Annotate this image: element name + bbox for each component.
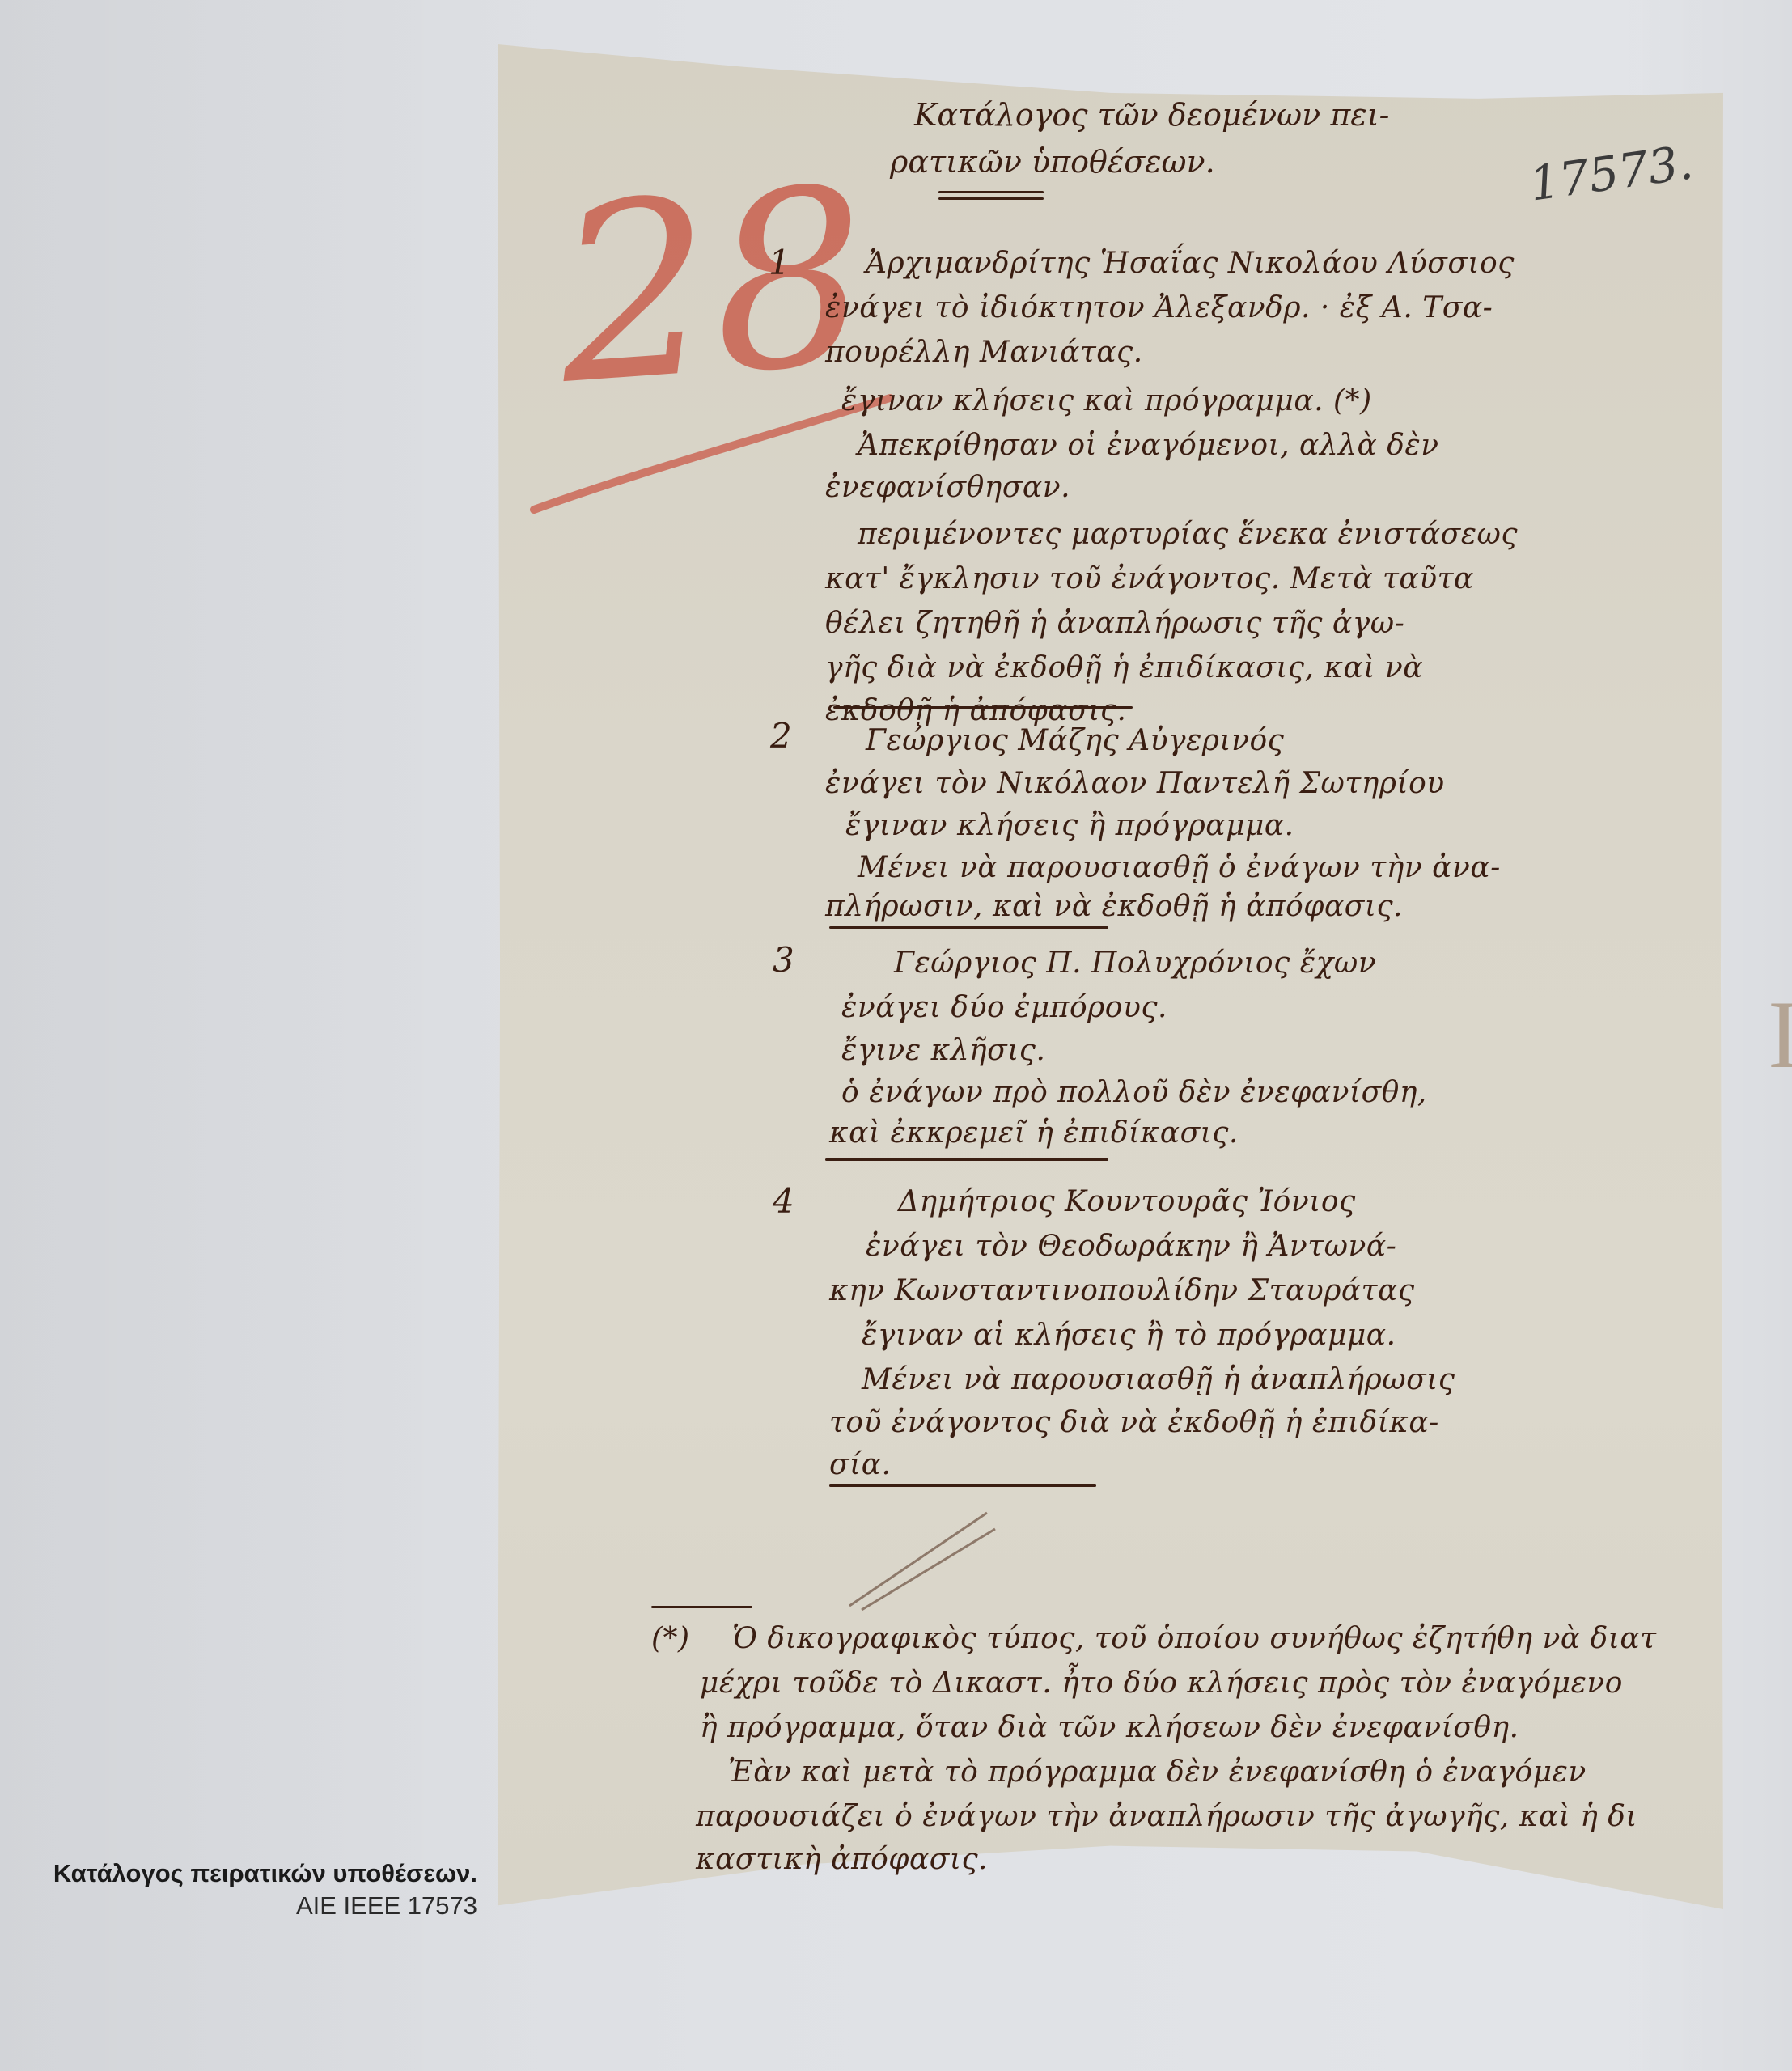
entry-line: ἐνεφανίσθησαν. [825,471,1070,504]
footnote-marker: (*) [651,1622,690,1655]
entry-line: Ἀρχιμανδρίτης Ἡσαΐας Νικολάου Λύσσιος [866,247,1515,280]
entry-line: περιμένοντες μαρτυρίας ἕνεκα ἐνιστάσεως [858,518,1518,551]
caption-title: Κατάλογος πειρατικών υποθέσεων. [53,1859,477,1888]
closing-flourish [841,1497,1052,1618]
footnote-line: Ἐὰν καὶ μετὰ τὸ πρόγραμμα δὲν ἐνεφανίσθη… [728,1755,1587,1789]
entry-line: ἔγιναν κλήσεις ἢ πρόγραμμα. [845,809,1294,842]
entry-number: 3 [773,940,794,980]
entry-divider [829,926,1108,929]
entry-line: ἔγινε κλῆσις. [841,1034,1045,1067]
entry-divider [829,1484,1096,1487]
caption-reference: AIE IEEE 17573 [296,1891,477,1921]
footnote-line: Ὁ δικογραφικὸς τύπος, τοῦ ὁποίου συνήθως… [732,1622,1657,1655]
entry-divider [825,1158,1108,1161]
entry-line: ὁ ἐνάγων πρὸ πολλοῦ δὲν ἐνεφανίσθη, [841,1076,1427,1109]
entry-line: Ἀπεκρίθησαν οἱ ἐναγόμενοι, αλλὰ δὲν [858,429,1439,462]
entry-number: 2 [770,716,792,756]
entry-line: κην Κωνσταντινοπουλίδην Σταυράτας [829,1274,1415,1307]
entry-number: 1 [769,243,790,282]
manuscript-heading-line-2: ρατικῶν ὑποθέσεων. [890,144,1215,180]
footnote-line: παρουσιάζει ὁ ἐνάγων τὴν ἀναπλήρωσιν τῆς… [696,1800,1637,1833]
manuscript-heading-line-1: Κατάλογος τῶν δεομένων πει- [914,97,1389,133]
entry-line: ἐνάγει τὸν Νικόλαον Παντελῆ Σωτηρίου [825,767,1445,800]
entry-line: Μένει νὰ παρουσιασθῇ ἡ ἀναπλήρωσις [862,1363,1455,1396]
entry-line: καὶ ἐκκρεμεῖ ἡ ἐπιδίκασις. [829,1116,1239,1150]
footnote-separator [651,1606,752,1608]
entry-line: ἐνάγει τὸ ἰδιόκτητον Ἀλεξανδρ. · ἐξ Α. Τ… [825,291,1493,324]
entry-number: 4 [773,1181,794,1221]
entry-line: πουρέλλη Μανιάτας. [825,336,1143,369]
entry-line: πλήρωσιν, καὶ νὰ ἐκδοθῇ ἡ ἀπόφασις. [825,890,1403,923]
entry-line: ἔγιναν αἱ κλήσεις ἢ τὸ πρόγραμμα. [862,1319,1396,1352]
entry-line: ἔγιναν κλήσεις καὶ πρόγραμμα. (*) [841,384,1372,417]
footnote-line: καστικὴ ἀπόφασις. [696,1843,988,1876]
red-pencil-number: 28 [550,155,875,419]
entry-line: Δημήτριος Κουντουρᾶς Ἰόνιος [898,1185,1356,1218]
entry-line: γῆς διὰ νὰ ἐκδοθῇ ἡ ἐπιδίκασις, καὶ νὰ [825,651,1423,684]
entry-line: ἐνάγει δύο ἐμπόρους. [841,991,1167,1024]
entry-line: θέλει ζητηθῆ ἡ ἀναπλήρωσις τῆς ἀγω- [825,607,1404,640]
entry-divider [833,706,1133,709]
footnote-line: ἢ πρόγραμμα, ὅταν διὰ τῶν κλήσεων δὲν ἐν… [700,1711,1519,1744]
entry-line: τοῦ ἐνάγοντος διὰ νὰ ἐκδοθῇ ἡ ἐπιδίκα- [829,1406,1439,1439]
entry-line: σία. [829,1448,891,1481]
entry-line: Γεώργιος Π. Πολυχρόνιος ἔχων [894,947,1376,980]
entry-line: Μένει νὰ παρουσιασθῇ ὁ ἐνάγων τὴν ἀνα- [858,851,1501,884]
footnote-line: μέχρι τοῦδε τὸ Δικαστ. ἦτο δύο κλήσεις π… [700,1667,1623,1700]
heading-underline [938,191,1044,193]
adjacent-page-glyph: I [1768,979,1792,1091]
entry-line: Γεώργιος Μάζης Αὐγερινός [866,724,1284,757]
entry-line: ἐνάγει τὸν Θεοδωράκην ἢ Ἀντωνά- [866,1230,1396,1263]
entry-line: κατ' ἔγκλησιν τοῦ ἐνάγοντος. Μετὰ ταῦτα [825,562,1474,595]
entry-line: ἐκδοθῇ ἡ ἀπόφασις. [825,694,1126,727]
